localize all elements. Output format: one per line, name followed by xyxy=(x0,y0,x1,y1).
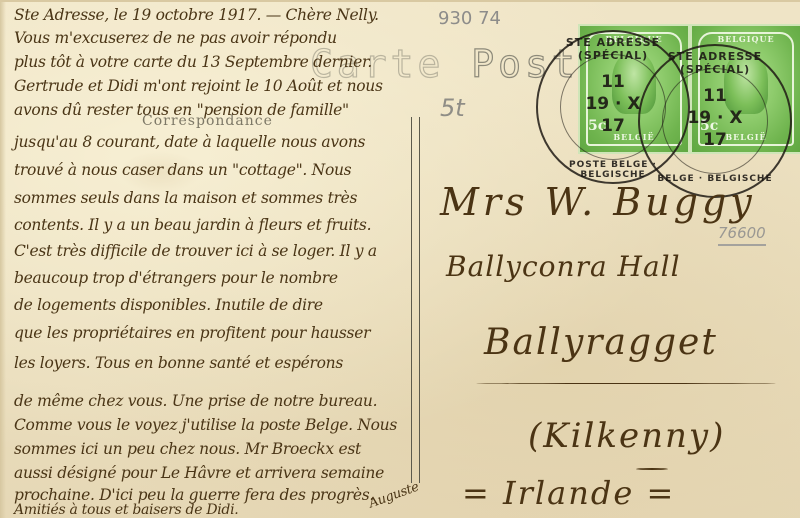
address-county: (Kilkenny) xyxy=(528,416,725,456)
message-line: Vous m'excuserez de ne pas avoir répondu xyxy=(14,29,337,47)
address-name: Mrs W. Buggy xyxy=(440,180,756,224)
message-line: Amitiés à tous et baisers de Didi. xyxy=(14,502,238,518)
center-divider xyxy=(411,117,420,483)
stamp-country-top: BELGIQUE xyxy=(690,34,800,44)
address-country: = Irlande = xyxy=(462,474,675,512)
address-town: Ballyragget xyxy=(484,322,718,363)
address-line1: Ballyconra Hall xyxy=(446,250,681,283)
postmark-date: 19 · X xyxy=(640,108,790,128)
message-line: les loyers. Tous en bonne santé et espér… xyxy=(14,354,343,372)
signature: Auguste xyxy=(367,480,421,512)
message-line: beaucoup trop d'étrangers pour le nombre xyxy=(14,269,338,287)
message-line: sommes seuls dans la maison et sommes tr… xyxy=(14,189,357,207)
pencil-price-mark: 76600 xyxy=(718,224,766,246)
message-line: Ste Adresse, le 19 octobre 1917. — Chère… xyxy=(14,6,379,24)
postmark: STE ADRESSE (SPÉCIAL) 11 19 · X 17 BELGE… xyxy=(638,44,792,198)
pencil-catalog-number: 930 74 xyxy=(438,8,501,29)
message-line: aussi désigné pour Le Hâvre et arrivera … xyxy=(14,464,384,482)
town-underline xyxy=(476,383,776,384)
message-line: jusqu'au 8 courant, date à laquelle nous… xyxy=(14,133,365,151)
postmark-top-text: STE ADRESSE (SPÉCIAL) xyxy=(640,50,790,76)
county-underline xyxy=(636,468,668,470)
message-line: contents. Il y a un beau jardin à fleurs… xyxy=(14,216,371,234)
postcard: Carte Postale Correspondance 930 74 5t 7… xyxy=(0,0,800,518)
postmark-year: 17 xyxy=(640,130,790,150)
message-line: Comme vous le voyez j'utilise la poste B… xyxy=(14,416,397,434)
message-line: avons dû rester tous en "pension de fami… xyxy=(14,101,349,119)
message-line: Gertrude et Didi m'ont rejoint le 10 Aoû… xyxy=(14,77,383,95)
message-line: sommes ici un peu chez nous. Mr Broeckx … xyxy=(14,440,361,458)
message-line: plus tôt à votre carte du 13 Septembre d… xyxy=(14,53,372,71)
message-line: de même chez vous. Une prise de notre bu… xyxy=(14,392,377,410)
message-line: C'est très difficile de trouver ici à se… xyxy=(14,242,377,260)
message-line: que les propriétaires en profitent pour … xyxy=(14,324,370,342)
pencil-side-mark: 5t xyxy=(440,94,465,122)
postmark-hour: 11 xyxy=(640,86,790,106)
message-line: de logements disponibles. Inutile de dir… xyxy=(14,296,323,314)
message-line: trouvé à nous caser dans un "cottage". N… xyxy=(14,161,351,179)
